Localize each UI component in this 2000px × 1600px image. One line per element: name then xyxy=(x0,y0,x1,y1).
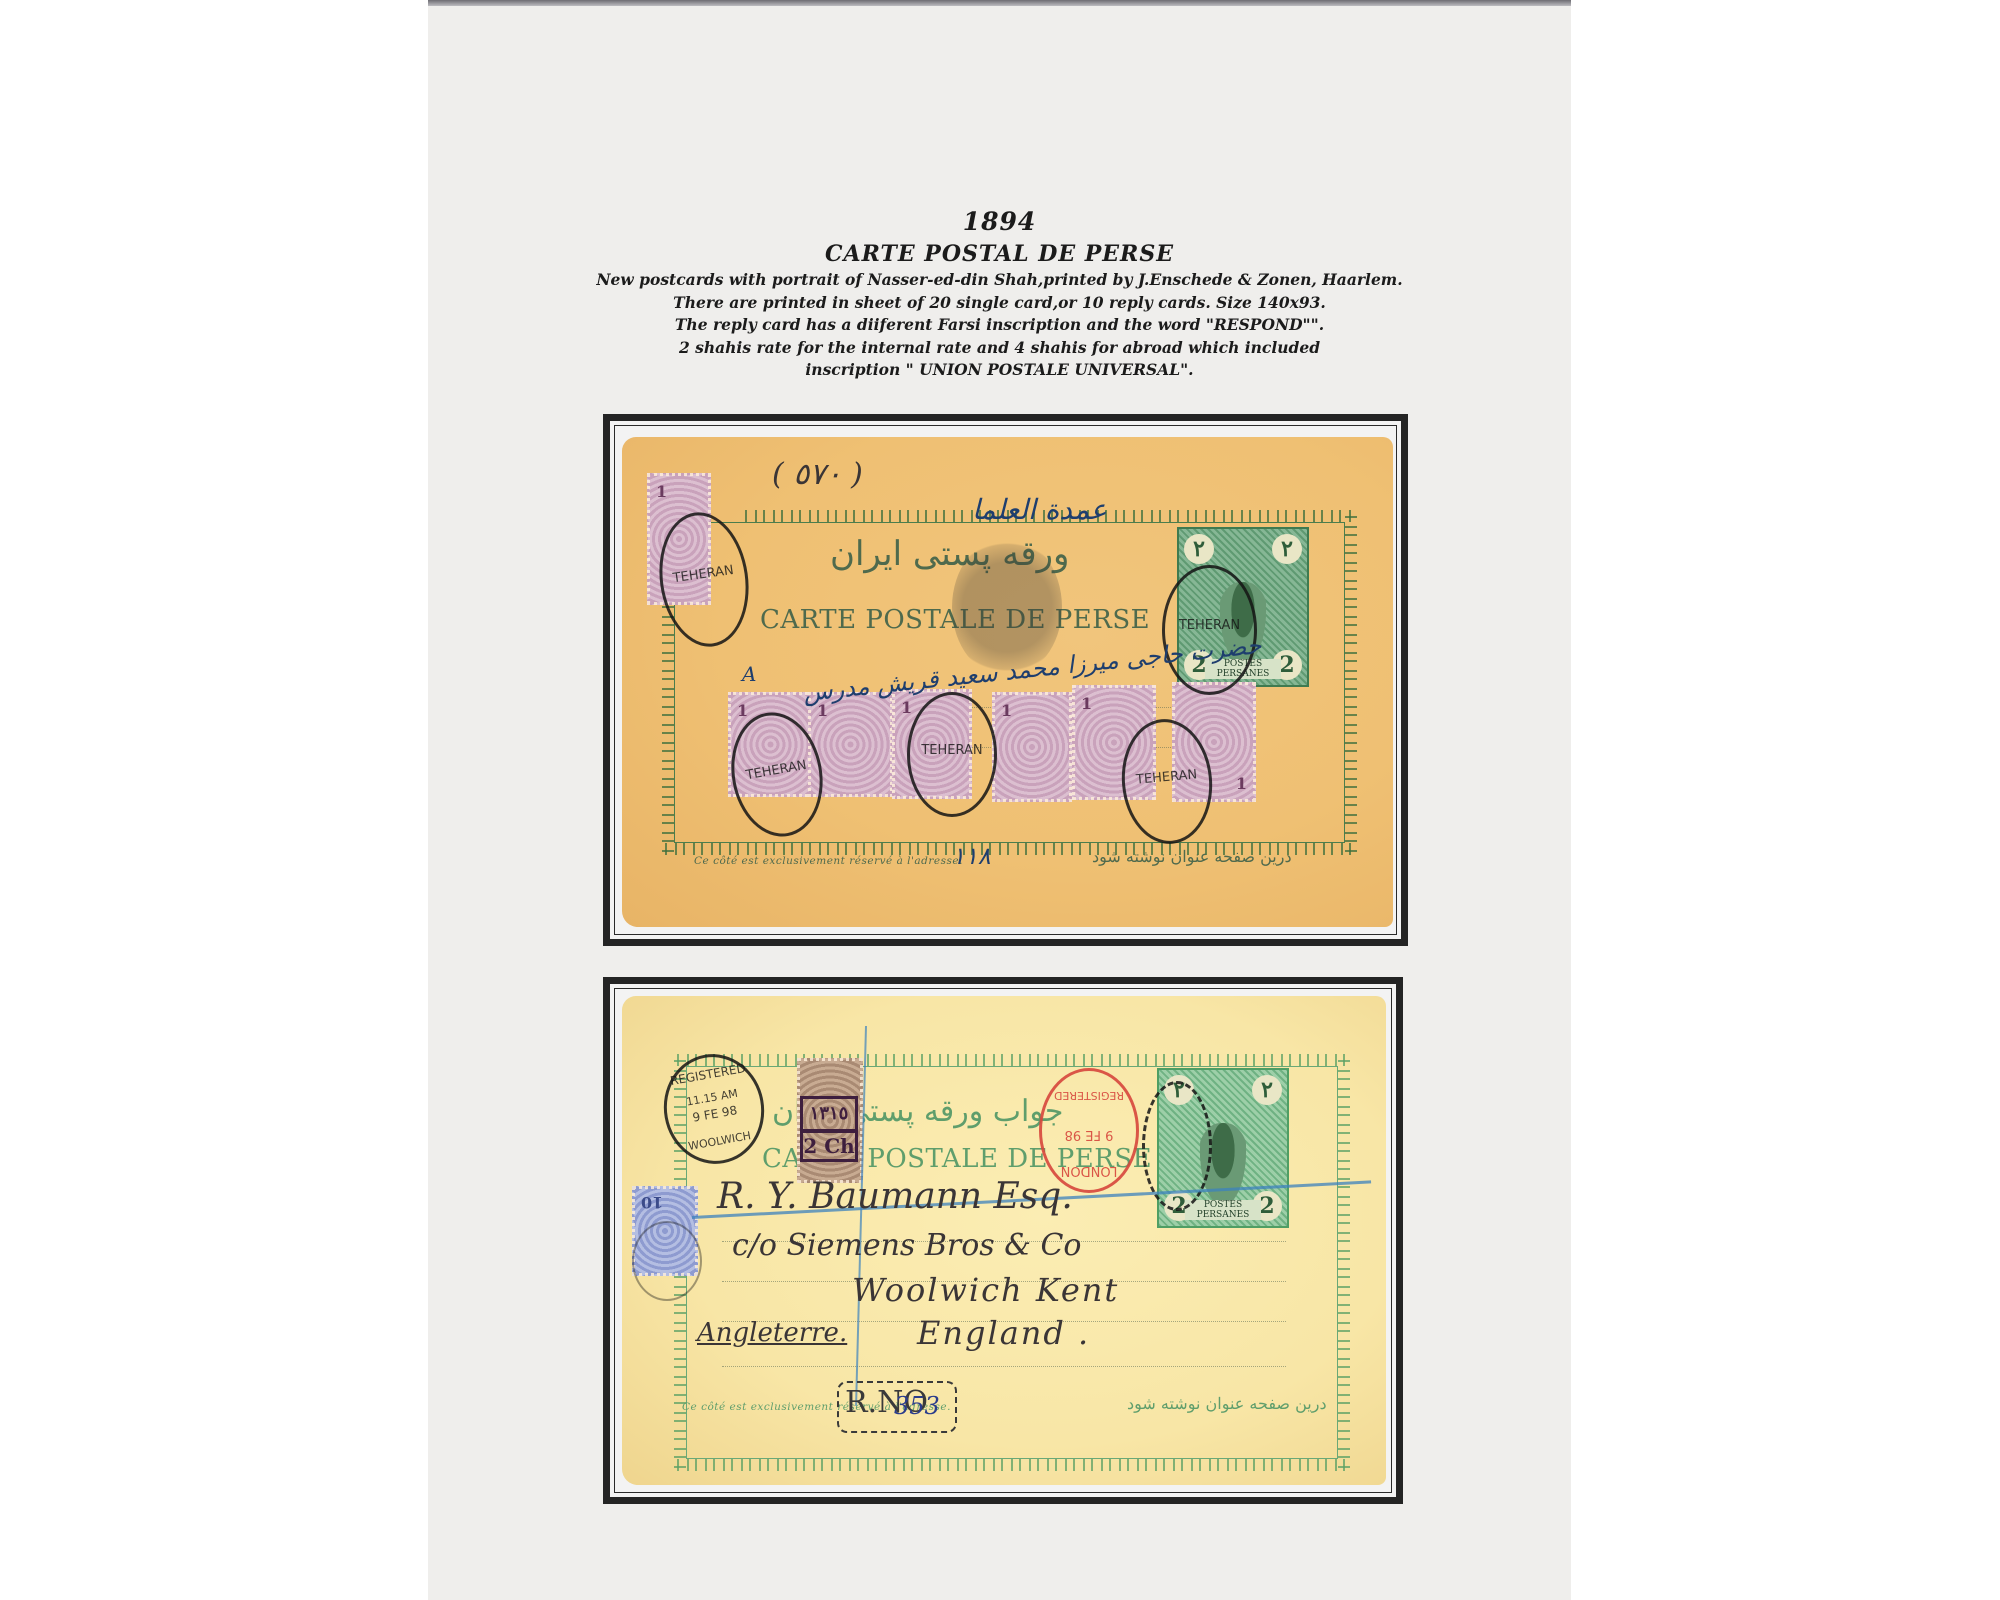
address-line xyxy=(722,1366,1286,1367)
mount-inner: جواب ورقه پستی ایران CARTE POSTALE DE PE… xyxy=(610,984,1396,1497)
postcard-domestic: ( ٥٧٠ ) ورقه پستی ایران CARTE POSTALE DE… xyxy=(622,437,1393,927)
address-line-1: R. Y. Baumann Esq. xyxy=(717,1176,1073,1217)
address-line-2: c/o Siemens Bros & Co xyxy=(732,1228,1082,1263)
postmark-faint xyxy=(632,1221,702,1301)
mount-frame-bottom: جواب ورقه پستی ایران CARTE POSTALE DE PE… xyxy=(603,977,1403,1504)
album-page: 1894 CARTE POSTAL DE PERSE New postcards… xyxy=(428,0,1571,1600)
printed-address-note-fa: درین صفحه عنوان نوشته شود xyxy=(1127,1394,1327,1413)
ornament-border-right xyxy=(1345,510,1357,855)
postmark-teheran: TEHERAN xyxy=(1162,565,1257,695)
postcard-reply: جواب ورقه پستی ایران CARTE POSTALE DE PE… xyxy=(622,996,1386,1485)
overprint-year: ١٣١٥ xyxy=(800,1096,858,1132)
printed-address-note-fa: درین صفحه عنوان نوشته شود xyxy=(1092,847,1292,866)
ornament-border-top xyxy=(674,1054,1350,1066)
indicium-value-fa: ٢ xyxy=(1184,534,1214,564)
ornament-border-bottom xyxy=(674,1459,1350,1471)
printed-address-note-fr: Ce côté est exclusivement réservé à l'ad… xyxy=(694,855,963,867)
postmark-teheran: TEHERAN xyxy=(907,692,997,817)
page-year: 1894 xyxy=(428,205,1571,239)
handwritten-initial: A xyxy=(742,662,756,686)
ornament-border-left xyxy=(662,605,674,855)
mount-frame-top: ( ٥٧٠ ) ورقه پستی ایران CARTE POSTALE DE… xyxy=(603,414,1408,946)
indicium-value-fa: ٢ xyxy=(1272,534,1302,564)
handwritten-addressee-title: عمدة العلما xyxy=(972,493,1107,526)
description-line: 2 shahis rate for the internal rate and … xyxy=(428,337,1571,360)
handwritten-top-note: ( ٥٧٠ ) xyxy=(772,457,863,492)
indicium-label: POSTES PERSANES xyxy=(1185,1200,1261,1220)
page-header: 1894 CARTE POSTAL DE PERSE New postcards… xyxy=(428,205,1571,382)
description-line: There are printed in sheet of 20 single … xyxy=(428,292,1571,315)
address-line-4: England . xyxy=(917,1314,1090,1352)
description-line: inscription " UNION POSTALE UNIVERSAL". xyxy=(428,359,1571,382)
overprint-value: 2 Ch xyxy=(800,1130,858,1162)
address-line-3: Woolwich Kent xyxy=(852,1271,1119,1309)
page-title: CARTE POSTAL DE PERSE xyxy=(428,239,1571,269)
ornament-border-right xyxy=(1338,1054,1350,1471)
description-line: New postcards with portrait of Nasser-ed… xyxy=(428,269,1571,292)
address-country-fr: Angleterre. xyxy=(697,1318,847,1348)
postmark-london-registered: LONDON 9 FE 98 REGISTERED xyxy=(1039,1068,1139,1193)
adhesive-stamp-1-shahi: 1 xyxy=(992,692,1072,802)
registration-number: 353 xyxy=(894,1392,940,1420)
handwritten-number: ۱۱۸ xyxy=(952,842,991,870)
indicium-value-fa: ٢ xyxy=(1252,1075,1282,1105)
mount-inner: ( ٥٧٠ ) ورقه پستی ایران CARTE POSTALE DE… xyxy=(610,421,1401,939)
description-line: The reply card has a diiferent Farsi ins… xyxy=(428,314,1571,337)
